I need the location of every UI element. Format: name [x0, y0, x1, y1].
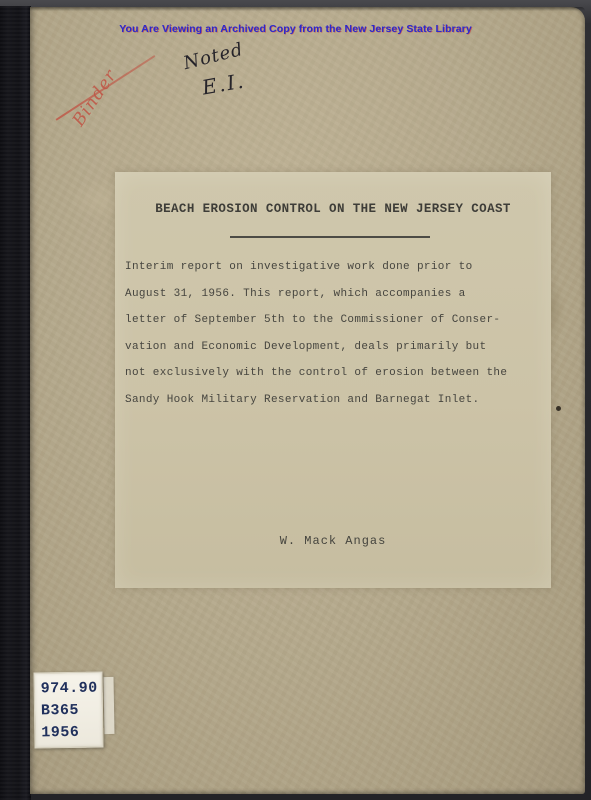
description-line: not exclusively with the control of eros… [125, 360, 545, 387]
call-number-line: 974.90 [41, 678, 102, 701]
archive-banner-text: You Are Viewing an Archived Copy from th… [0, 23, 591, 35]
pasted-title-card: BEACH EROSION CONTROL ON THE NEW JERSEY … [115, 172, 551, 588]
report-description: Interim report on investigative work don… [125, 254, 545, 413]
call-number-label: 974.90 B365 1956 [33, 672, 103, 749]
description-line: Sandy Hook Military Reservation and Barn… [125, 387, 545, 414]
paper-top-edge-shadow [30, 7, 585, 11]
description-line: Interim report on investigative work don… [125, 254, 545, 281]
label-edge-sliver [104, 677, 115, 734]
description-line: letter of September 5th to the Commissio… [125, 307, 545, 334]
description-line: August 31, 1956. This report, which acco… [125, 281, 545, 308]
description-line: vation and Economic Development, deals p… [125, 334, 545, 361]
call-number-line: B365 [41, 700, 102, 723]
report-title: BEACH EROSION CONTROL ON THE NEW JERSEY … [115, 202, 551, 216]
author-name: W. Mack Angas [115, 534, 551, 548]
call-number-line: 1956 [41, 722, 102, 745]
book-binding-strip [0, 6, 31, 800]
title-underline-rule [230, 236, 430, 238]
paper-speck [556, 406, 561, 411]
